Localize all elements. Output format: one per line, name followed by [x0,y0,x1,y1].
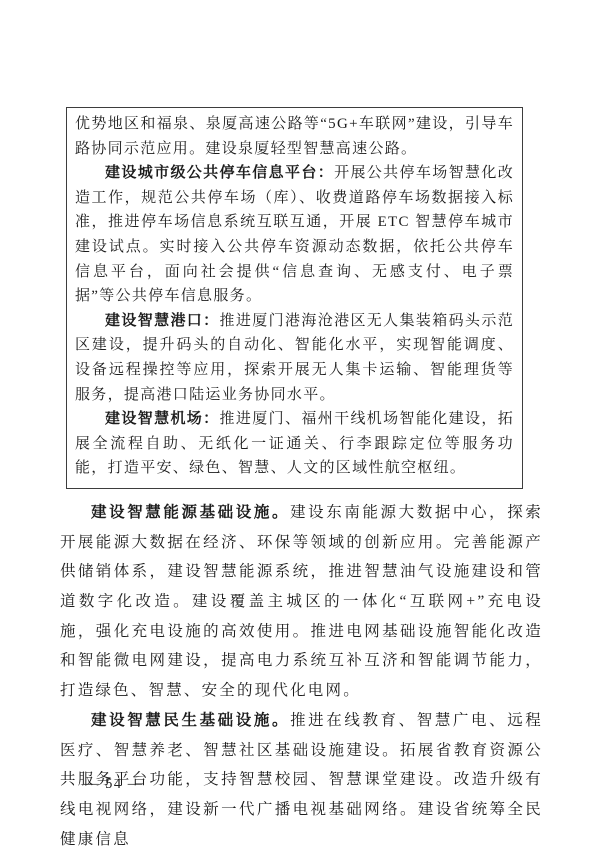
box-paragraph-text: 优势地区和福泉、泉厦高速公路等“5G+车联网”建设，引导车路协同示范应用。建设泉… [75,116,514,157]
document-page: 优势地区和福泉、泉厦高速公路等“5G+车联网”建设，引导车路协同示范应用。建设泉… [0,0,600,847]
paragraph-lead: 建设智慧民生基础设施。 [91,712,290,729]
box-paragraph-parking-platform: 建设城市级公共停车信息平台：开展公共停车场智慧化改造工作，规范公共停车场（库）、… [75,161,514,309]
box-paragraph-text: 开展公共停车场智慧化改造工作，规范公共停车场（库）、收费道路停车场数据接入标准，… [75,165,514,304]
body-paragraph-text: 建设东南能源大数据中心，探索开展能源大数据在经济、环保等领域的创新应用。完善能源… [60,504,543,699]
page-number: — 54 — [84,776,144,793]
paragraph-lead: 建设智慧机场： [105,411,220,427]
paragraph-lead: 建设智慧能源基础设施。 [91,504,290,521]
paragraph-lead: 建设城市级公共停车信息平台： [105,165,334,181]
box-paragraph-smart-port: 建设智慧港口：推进厦门港海沧港区无人集装箱码头示范区建设，提升码头的自动化、智能… [75,309,514,407]
paragraph-lead: 建设智慧港口： [105,313,220,329]
box-paragraph-continuation: 优势地区和福泉、泉厦高速公路等“5G+车联网”建设，引导车路协同示范应用。建设泉… [75,112,514,161]
box-paragraph-smart-airport: 建设智慧机场：推进厦门、福州干线机场智能化建设，拓展全流程自助、无纸化一证通关、… [75,407,514,481]
page-content: 优势地区和福泉、泉厦高速公路等“5G+车联网”建设，引导车路协同示范应用。建设泉… [60,107,543,847]
body-paragraph-smart-energy: 建设智慧能源基础设施。建设东南能源大数据中心，探索开展能源大数据在经济、环保等领… [60,498,543,706]
highlight-box: 优势地区和福泉、泉厦高速公路等“5G+车联网”建设，引导车路协同示范应用。建设泉… [66,107,523,489]
